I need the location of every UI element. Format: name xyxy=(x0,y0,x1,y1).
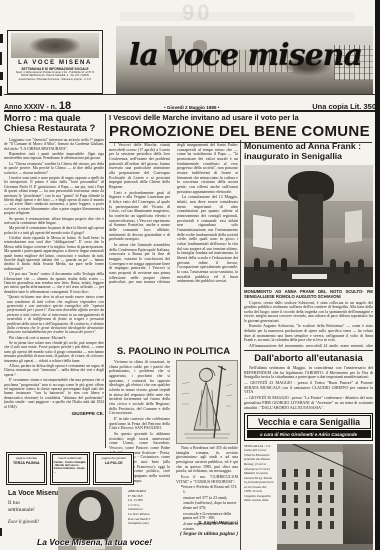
title-line: inaugurato in Senigallia xyxy=(244,151,373,161)
paragraph: Viviamo in clima di votazioni, in clima … xyxy=(109,360,170,416)
masthead-box-line: Autorizzazione Tribunale di Ancona - Sta… xyxy=(11,78,99,81)
event-item: — GIOVEDÌ 23 MAGGIO : presso il Teatro "… xyxy=(244,381,373,395)
paragraph: Un'altra tirata riguarda la Messa in lat… xyxy=(4,236,104,271)
face-shape xyxy=(79,497,101,521)
title-line: Monumento ad Anna Frank : xyxy=(244,141,373,151)
rubric-title: Vecchia e cara Senigallia xyxy=(251,417,367,427)
right-column: Monumento ad Anna Frank : inaugurato in … xyxy=(244,141,373,550)
self-promo-ad: La Voce Misena Il tuo settimanale! ABBON… xyxy=(6,487,183,550)
article-morro-title: Morro : ma quale Chiesa Restaurata ? xyxy=(4,114,104,135)
column-rule xyxy=(240,140,241,550)
author-signature: D. Angelo Mencucci xyxy=(164,520,238,525)
san-paolino-col2: Nato a Bordeaux nel 355 da nobile famigl… xyxy=(176,360,238,546)
paragraph: I motivi sono tanti e sono proprio di se… xyxy=(4,176,104,216)
rule xyxy=(4,94,376,95)
flag-shape xyxy=(253,214,272,249)
article-aborto-title: Dall'aborto all'eutanasia xyxy=(244,353,373,364)
paragraph: L'opera, creata dallo scultore Schiavoni… xyxy=(244,301,373,324)
event-item: — GIOVEDÌ 30 MAGGIO : presso "La Fenice"… xyxy=(244,396,373,410)
senigallia-photo-row: SENIGALLIA : Un tratto del Corso Vittori… xyxy=(244,444,373,550)
rule xyxy=(244,350,373,351)
promo-box-title: LA PULCE xyxy=(97,461,130,465)
edition-info-row: Anno XXXIV - n.18 • Giovedì 2 Maggio 198… xyxy=(4,96,376,109)
masthead-info-box: LA VOCE MISENA SETTIMANALE DI INFORMAZIO… xyxy=(7,30,103,94)
showthrough-band xyxy=(120,12,355,21)
block-quote: "Questo richiamo non deve in alcun modo … xyxy=(7,295,104,335)
flag-shape xyxy=(345,210,362,243)
rule-thick xyxy=(4,110,376,112)
ad-tagline: Il tuo xyxy=(8,500,20,506)
promo-box-title: Caritas - Centro Famiglia - Mondo del La… xyxy=(54,461,87,474)
article-anna-frank-title: Monumento ad Anna Frank : inaugurato in … xyxy=(244,141,373,162)
rubric-senigallia-inner: Vecchia e cara Senigallia xyxy=(247,415,371,429)
paragraph: Leggiamo con "divertito" interesse un ar… xyxy=(4,138,104,151)
promo-box-inserti: inserti redazionali Caritas - Centro Fam… xyxy=(50,452,91,485)
masthead-box-photo xyxy=(11,33,99,58)
promo-box-title: TERZA PAGINA xyxy=(10,461,43,465)
ruin-photo-shape xyxy=(30,38,79,56)
newspaper-front-page: 90 LA VOCE MISENA SETTIMANALE DI INFORMA… xyxy=(0,0,380,550)
article-morro: Morro : ma quale Chiesa Restaurata ? Leg… xyxy=(4,114,104,436)
torn-edge-mark xyxy=(0,528,2,536)
torn-edge-mark xyxy=(0,52,2,65)
scan-edge-bar xyxy=(375,0,380,550)
promo-box-label: pagina culturale xyxy=(10,456,43,460)
article-aborto-body: Nell'ultima settimana di Maggio, in coin… xyxy=(244,366,373,410)
monument-column-shape xyxy=(298,194,323,265)
paragraph: Se questo è restaurazione, allora bisogn… xyxy=(4,217,104,226)
torn-edge-mark xyxy=(0,72,3,80)
rubric-byline: a cura di Rino Girolimetti e Adrio Casag… xyxy=(247,430,371,438)
curriculum-item: — Pretore e Prefetto di Roma nel 374 - 3… xyxy=(176,485,238,494)
old-town-photo xyxy=(277,444,373,550)
promo-box-label: inserti redazionali xyxy=(54,456,87,460)
paragraph: I Vescovi delle Marche, riuniti mercoled… xyxy=(109,143,170,190)
paragraph: All'inaugurazione del monumento, mercole… xyxy=(244,344,373,347)
photo-caption: MONUMENTO AD ANNA FRANK DEL NOTO SCULTO-… xyxy=(244,289,373,299)
window-grid-shape xyxy=(282,465,336,534)
paragraph: Nato a Bordeaux nel 355 da nobile famigl… xyxy=(176,446,238,474)
article-san-paolino-title: S. PAOLINO IN POLITICA xyxy=(109,346,238,357)
paragraph: La consultazione del 12 Maggio, infatti,… xyxy=(177,195,238,284)
headline-kicker: I Vescovi delle Marche invitano ad usare… xyxy=(109,113,372,122)
article-anna-frank-body: L'opera, creata dallo scultore Schiavoni… xyxy=(244,301,373,347)
masthead-box-title: LA VOCE MISENA xyxy=(11,60,99,66)
torn-edge-mark xyxy=(0,86,2,96)
promo-box-inner: pagina dei giovani LA PULCE xyxy=(95,454,132,483)
ad-paper-name: La Voce Misena xyxy=(8,490,60,497)
promo-box-inner: pagina culturale TERZA PAGINA xyxy=(8,454,45,483)
promo-box-inner: inserti redazionali Caritas - Centro Fam… xyxy=(52,454,89,483)
paragraph: Se in piena luce solare uno chiude gli o… xyxy=(4,341,104,363)
people-silhouettes xyxy=(254,258,260,271)
curriculum-intro: Ecco il suo "CURRICULUM VITAE" e "CURSUS… xyxy=(176,475,238,484)
article-morro-body: Leggiamo con "divertito" interesse un ar… xyxy=(4,138,104,436)
paragraph: Più chiaro di così si muore. Ma tant'è. xyxy=(4,336,104,340)
ad-schedule: Esce il giovedì! xyxy=(8,520,39,525)
footer-promo-boxes: pagina culturale TERZA PAGINA inserti re… xyxy=(6,452,134,485)
title-line: Chiesa Restaurata ? xyxy=(4,124,104,134)
saint-woodcut-illustration xyxy=(176,360,238,444)
article-bene-comune-body: I Vescovi delle Marche, riuniti mercoled… xyxy=(109,143,238,343)
continued-notice: ( Segue in ultima pagina ) xyxy=(160,531,238,537)
monument-photo xyxy=(244,165,373,287)
ad-banner-slogan: La Voce Misena, la tua voce! xyxy=(6,537,183,547)
photo-credit-strip xyxy=(292,274,327,279)
photo-caption: SENIGALLIA : Un tratto del Corso Vittori… xyxy=(244,444,274,550)
curriculum-item: — Console (suffectus), dopo la morte di … xyxy=(176,501,238,510)
promo-box-terza-pagina: pagina culturale TERZA PAGINA xyxy=(6,452,47,485)
paragraph: E' veramente strano e incomprensibile ch… xyxy=(4,378,104,409)
newspaper-title: la voce misena xyxy=(118,38,373,73)
rubble-shape xyxy=(343,444,373,550)
paragraph: La "Chiesa restaurata" sarebbe la Chiesa… xyxy=(4,162,104,175)
paragraph: Nell'ultima settimana di Maggio, in coin… xyxy=(244,366,373,380)
rubric-senigallia-box: Vecchia e cara Senigallia a cura di Rino… xyxy=(244,413,373,441)
article-bene-comune-head: I Vescovi delle Marche invitano ad usare… xyxy=(109,113,372,143)
promo-box-label: pagina dei giovani xyxy=(97,456,130,460)
street-shape xyxy=(277,544,373,550)
ad-tagline: settimanale! xyxy=(8,507,35,513)
paragraph: Lieti e profondamente grati al Signore e… xyxy=(109,191,170,242)
paragraph: E' in tale contesto che celebriamo quest… xyxy=(109,417,170,431)
author-signature: GIUSEPPE CE. xyxy=(4,411,104,416)
column-rule xyxy=(105,114,106,448)
main-headline: PROMOZIONE DEL BENE COMUNE xyxy=(109,123,372,140)
paragraph: Riprendere tutti i punti sarebbe impossi… xyxy=(4,152,104,161)
torn-edge-mark xyxy=(0,34,3,43)
paragraph: C'è poi una "tirata" contro il documento… xyxy=(4,272,104,294)
promo-box-la-pulce: pagina dei giovani LA PULCE xyxy=(93,452,134,485)
paragraph: Romolo Augusto Schiavoni, "lo scultore d… xyxy=(244,324,373,342)
paragraph: Allora, parlare in difesa degli operai è… xyxy=(4,364,104,377)
paragraph: Ma perché il comunismo ha paura di dare … xyxy=(4,226,104,235)
